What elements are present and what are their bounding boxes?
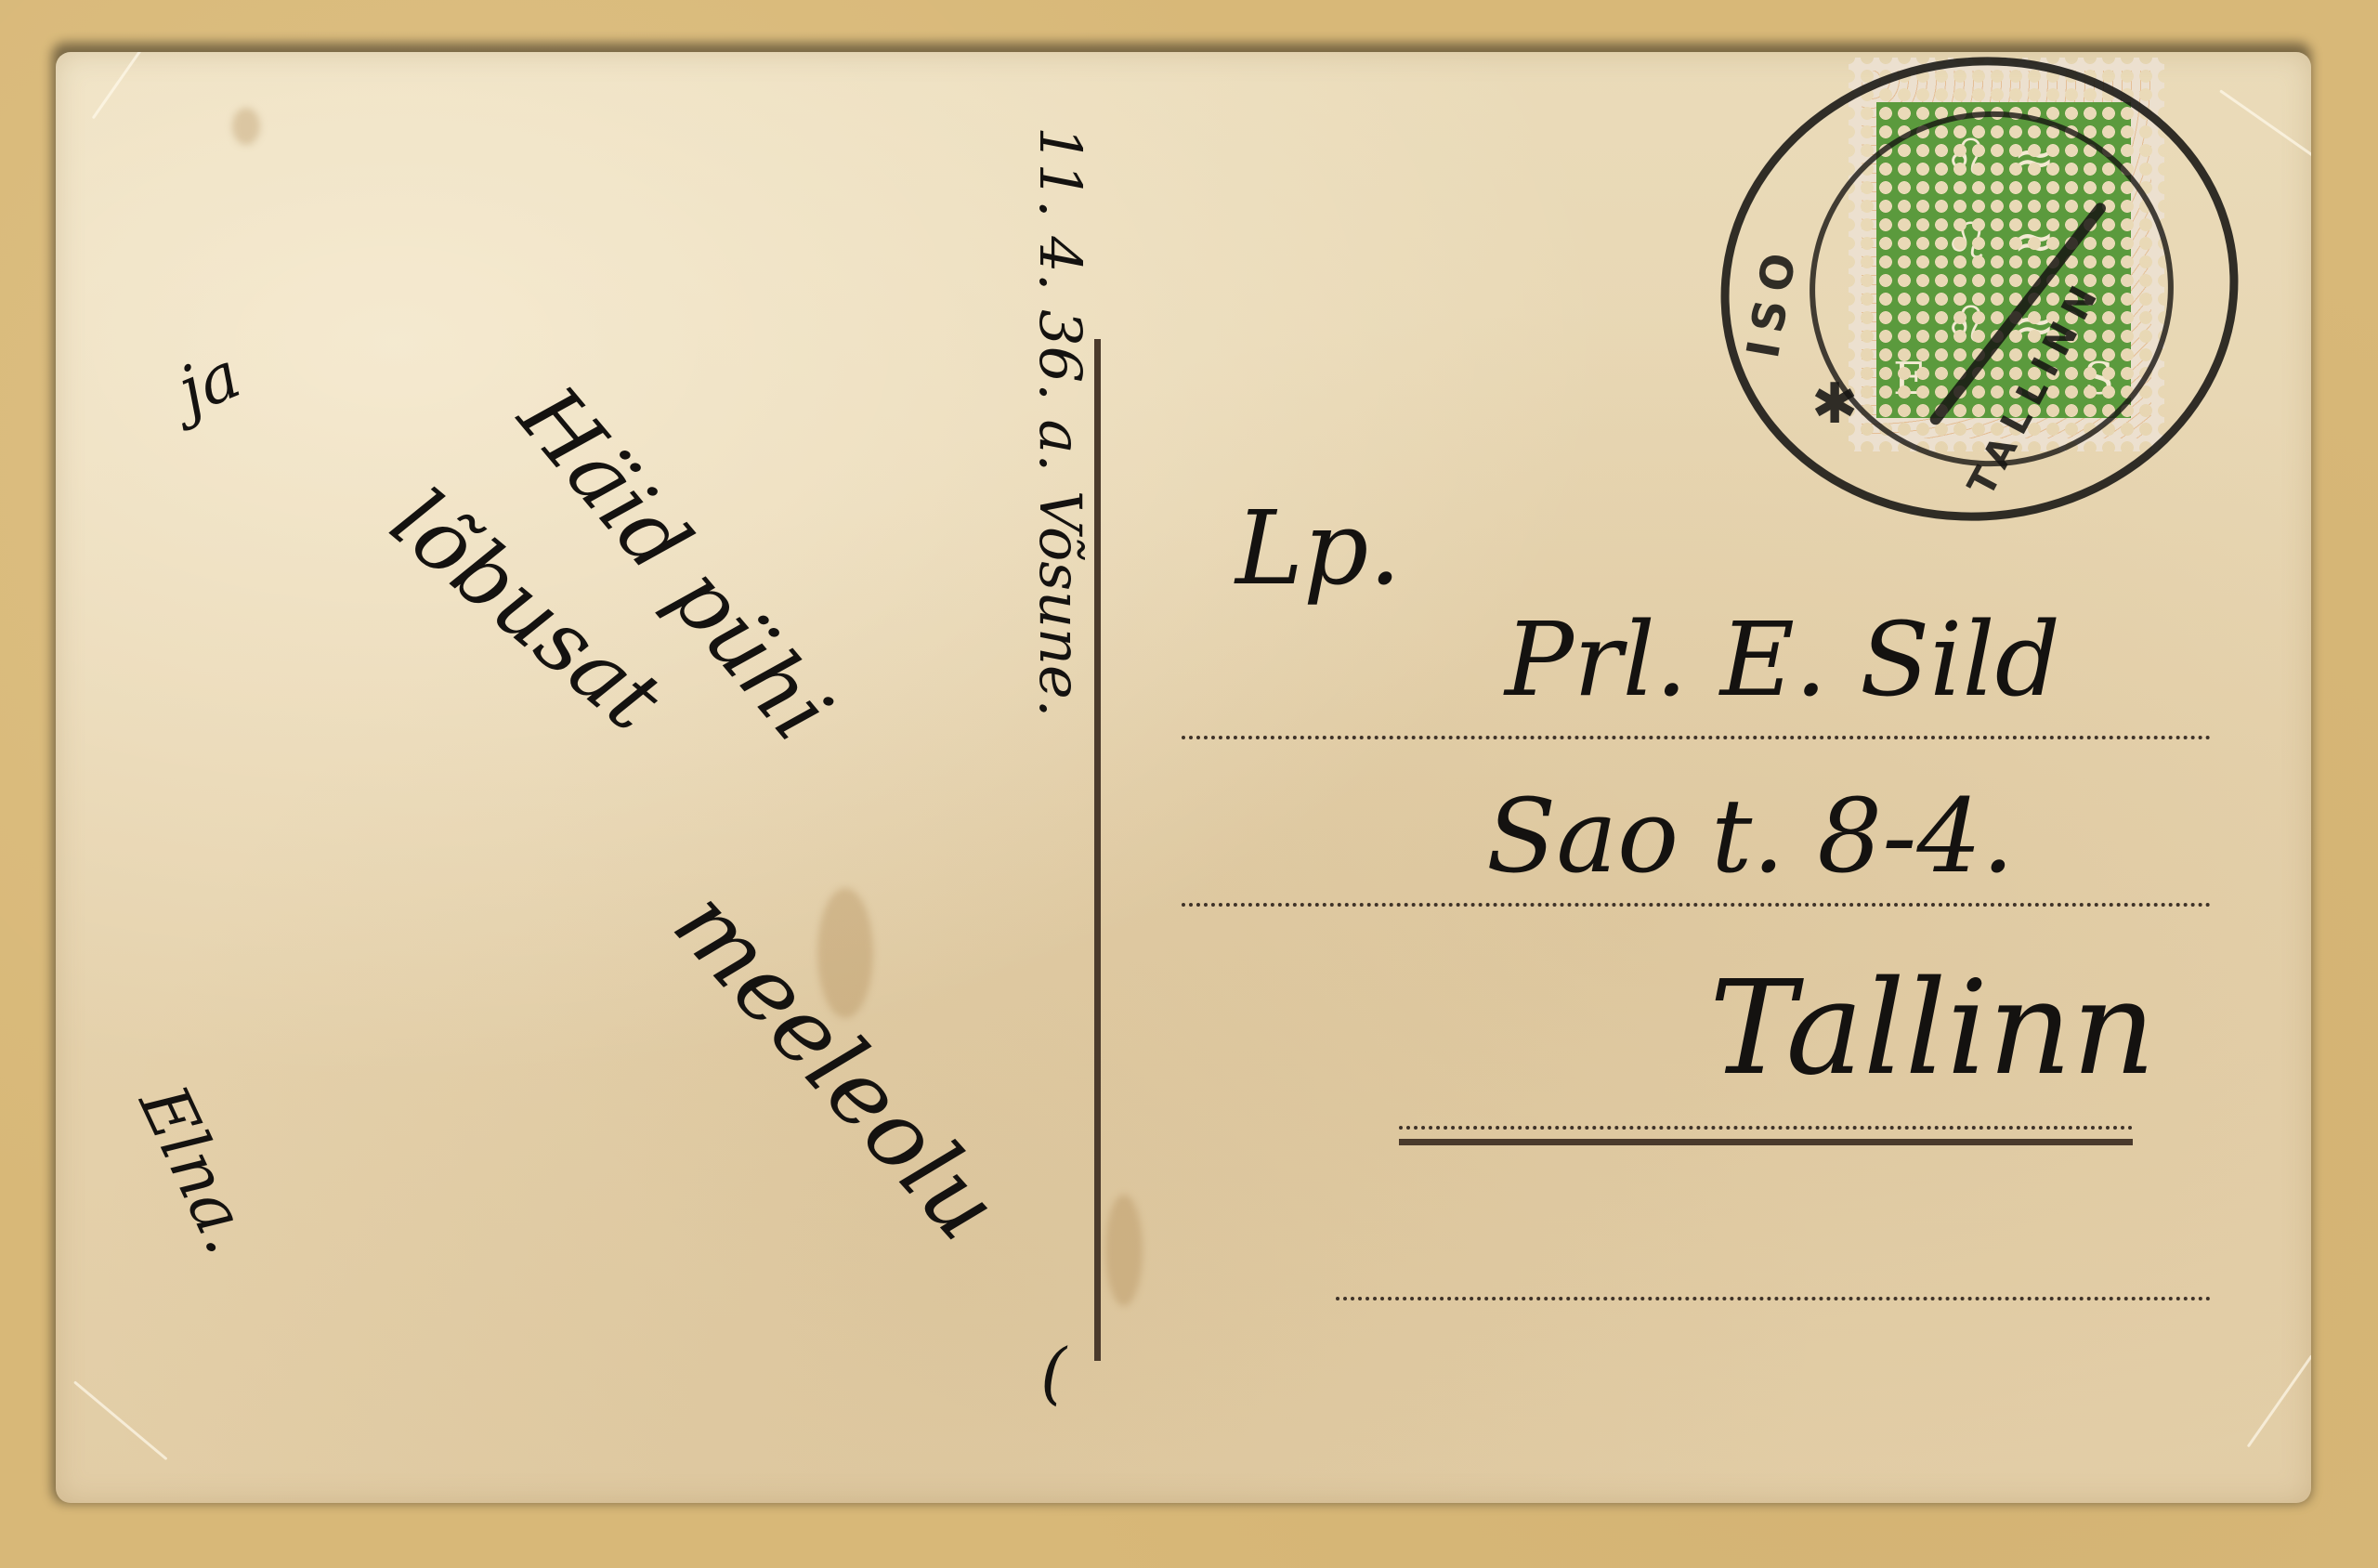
signature: Elna.: [124, 1074, 268, 1265]
address-line-2: [1182, 903, 2211, 907]
message-line-ja: ja: [167, 336, 251, 429]
corner-crease: [92, 52, 158, 119]
address-salutation: Lp.: [1235, 489, 1401, 608]
address-line-4: [1336, 1297, 2211, 1300]
address-recipient: Prl. E. Sild: [1505, 600, 2060, 719]
corner-crease: [2219, 89, 2311, 166]
corner-crease: [73, 1380, 168, 1460]
address-line-1: [1182, 736, 2211, 739]
closing-mark: (: [1040, 1334, 1066, 1412]
corner-crease: [2247, 1354, 2311, 1447]
city-underline: [1399, 1139, 2133, 1145]
address-city: Tallinn: [1709, 953, 2156, 1104]
postmark-star-icon: ✱: [1811, 372, 1867, 437]
stain: [1105, 1195, 1143, 1306]
address-line-3: [1399, 1126, 2133, 1130]
message-line-haid-puhi: Häid pühi: [500, 368, 850, 759]
address-street: Sao t. 8-4.: [1486, 777, 2014, 895]
center-divider-line: [1094, 339, 1101, 1361]
date-line: 11. 4. 36. a. Võsune.: [1026, 126, 1094, 717]
stain: [232, 108, 260, 145]
